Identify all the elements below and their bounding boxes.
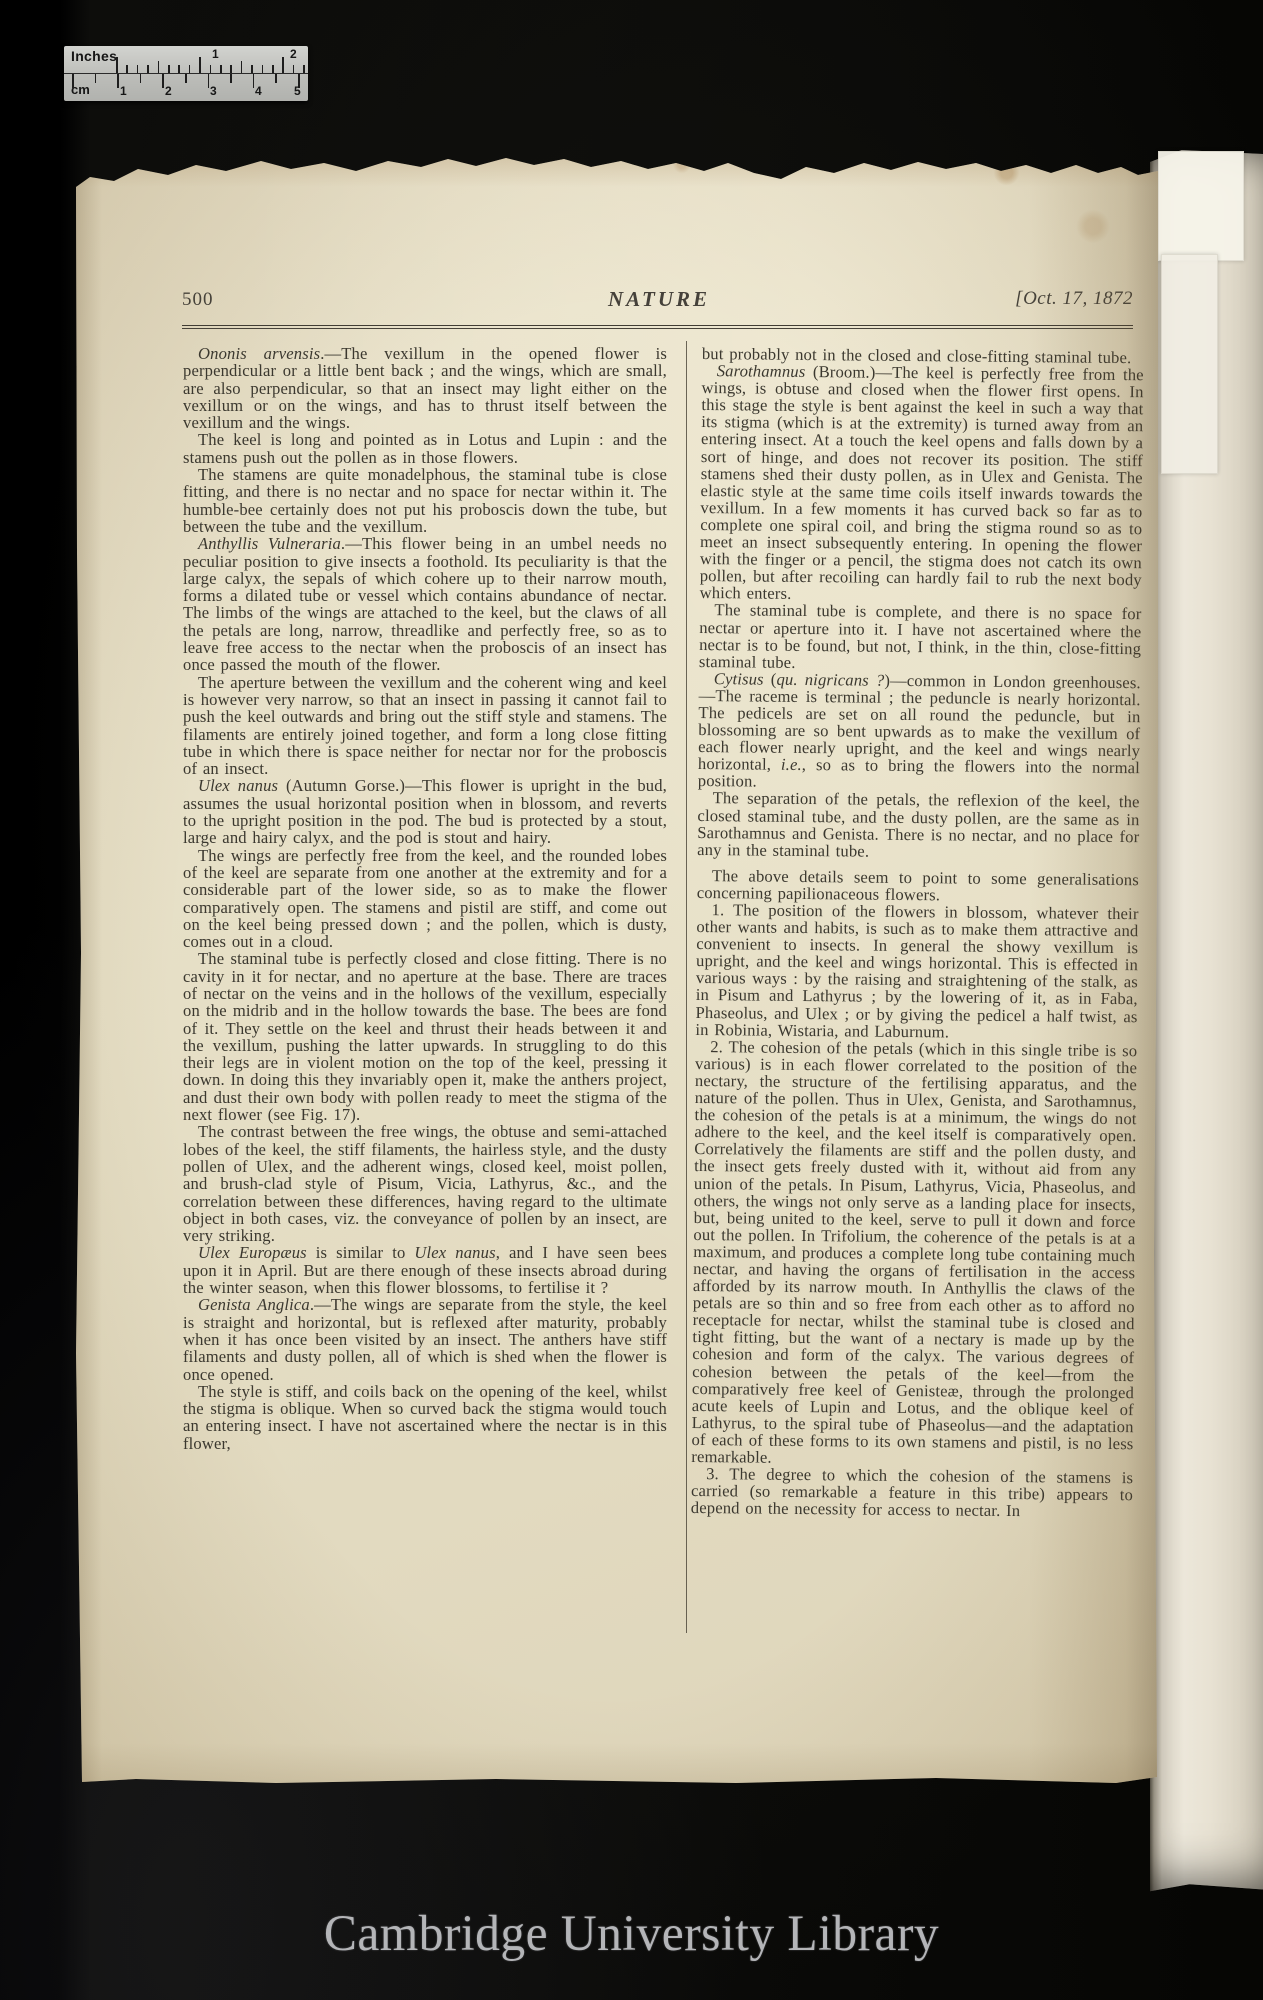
body-text: .—This flower being in an umbel needs no… [183,534,667,674]
ruler-tick [293,65,295,73]
column-right: but probably not in the closed and close… [691,345,1144,1521]
body-text: The above details seem to point to some … [697,866,1139,904]
ruler-tick [168,65,170,73]
measurement-ruler: Inches 12 cm 12345 [64,46,308,101]
body-text: (Broom.)—The keel is perfectly free from… [700,362,1144,603]
species-name: Anthyllis Vulneraria [198,534,341,553]
body-text: 1. The position of the flowers in blosso… [695,900,1138,1041]
body-text: The wings are perfectly free from the ke… [183,846,667,951]
ruler-number: 5 [294,84,301,98]
ruler-tick [185,74,187,83]
scan-viewport: Inches 12 cm 12345 500 NATURE [Oct. 17, … [0,0,1263,2000]
paragraph: Ulex nanus (Autumn Gorse.)—This flower i… [183,777,667,846]
body-text: 2. The cohesion of the petals (which in … [691,1037,1137,1467]
column-divider [686,341,687,1633]
paragraph: The aperture between the vexillum and th… [183,674,667,778]
body-text: 3. The degree to which the cohesion of t… [691,1464,1133,1520]
body-text: The contrast between the free wings, the… [183,1122,667,1245]
body-text: The style is stiff, and coils back on th… [183,1382,667,1453]
ruler-tick [126,65,128,73]
paragraph: Cytisus (qu. nigricans ?)—common in Lond… [698,670,1141,794]
ruler-tick [72,74,74,88]
ruler-tick [162,74,164,88]
ruler-inches-label: Inches [71,48,117,64]
ruler-tick [272,65,274,73]
paragraph: The stamens are quite monadelphous, the … [183,466,667,535]
paragraph: Ulex Europæus is similar to Ulex nanus, … [183,1244,667,1296]
ruler-tick [140,74,142,83]
column-left: Ononis arvensis.—The vexillum in the ope… [183,345,667,1452]
ruler-number: 2 [165,84,172,98]
paragraph: 1. The position of the flowers in blosso… [695,901,1138,1042]
ruler-tick [158,61,160,73]
issue-date: [Oct. 17, 1872 [183,288,1133,310]
masthead-rule [182,325,1133,329]
ruler-tick [262,65,264,73]
species-name: Ulex Europæus [198,1243,307,1262]
ruler-tick [199,57,201,73]
paragraph: Ononis arvensis.—The vexillum in the ope… [183,345,667,431]
paragraph: The staminal tube is perfectly closed an… [183,950,667,1123]
ruler-number: 1 [120,84,127,98]
ruler-number: 1 [212,47,219,61]
species-name: i.e. [781,755,802,774]
species-name: Ulex nanus [198,776,278,795]
paragraph: The wings are perfectly free from the ke… [183,847,667,951]
body-text: The staminal tube is complete, and there… [699,601,1142,672]
ruler-tick [282,57,284,73]
ruler-tick [95,74,97,83]
ruler-tick [117,74,119,88]
paragraph: 3. The degree to which the cohesion of t… [691,1465,1133,1521]
body-text: The aperture between the vexillum and th… [183,673,667,778]
ruler-tick [208,74,210,88]
paragraph: Genista Anglica.—The wings are separate … [183,1296,667,1382]
paragraph: The contrast between the free wings, the… [183,1123,667,1244]
paragraph: Anthyllis Vulneraria.—This flower being … [183,535,667,673]
ruler-cm-row: cm 12345 [64,73,308,100]
binding-tape [1158,151,1244,261]
ruler-tick [137,65,139,73]
ruler-tick [220,65,222,73]
ruler-tick [241,61,243,73]
body-text: The keel is long and pointed as in Lotus… [183,430,667,466]
paragraph: The staminal tube is complete, and there… [699,601,1142,674]
species-name: Genista Anglica [198,1295,310,1314]
body-text: The stamens are quite monadelphous, the … [183,465,667,536]
species-name: Ulex nanus [414,1243,495,1262]
ruler-tick [230,74,232,83]
ruler-number: 3 [210,84,217,98]
ruler-tick [251,65,253,73]
ruler-tick [210,65,212,73]
body-text: The staminal tube is perfectly closed an… [183,949,667,1124]
scanned-page: 500 NATURE [Oct. 17, 1872 Ononis arvensi… [76,153,1158,1783]
ruler-tick [189,65,191,73]
ruler-inches-row: Inches 12 [64,46,308,73]
paragraph: 2. The cohesion of the petals (which in … [691,1038,1137,1470]
paragraph: The keel is long and pointed as in Lotus… [183,431,667,466]
ruler-tick [178,65,180,73]
ruler-tick [147,65,149,73]
ruler-number: 4 [255,84,262,98]
paragraph: The style is stiff, and coils back on th… [183,1383,667,1452]
library-watermark: Cambridge University Library [19,1905,1244,1963]
ruler-tick [116,57,118,73]
body-text: The separation of the petals, the reflex… [697,789,1140,861]
ruler-tick [275,74,277,83]
binding-tape [1161,254,1218,474]
paragraph: The above details seem to point to some … [697,867,1139,905]
ruler-tick [230,65,232,73]
paragraph: The separation of the petals, the reflex… [697,789,1140,862]
ruler-tick [303,65,305,73]
ruler-number: 2 [290,47,297,61]
body-text: is similar to [307,1243,415,1262]
paragraph: Sarothamnus (Broom.)—The keel is perfect… [700,362,1144,606]
species-name: Ononis arvensis [198,344,320,363]
ruler-cm-label: cm [71,82,90,97]
